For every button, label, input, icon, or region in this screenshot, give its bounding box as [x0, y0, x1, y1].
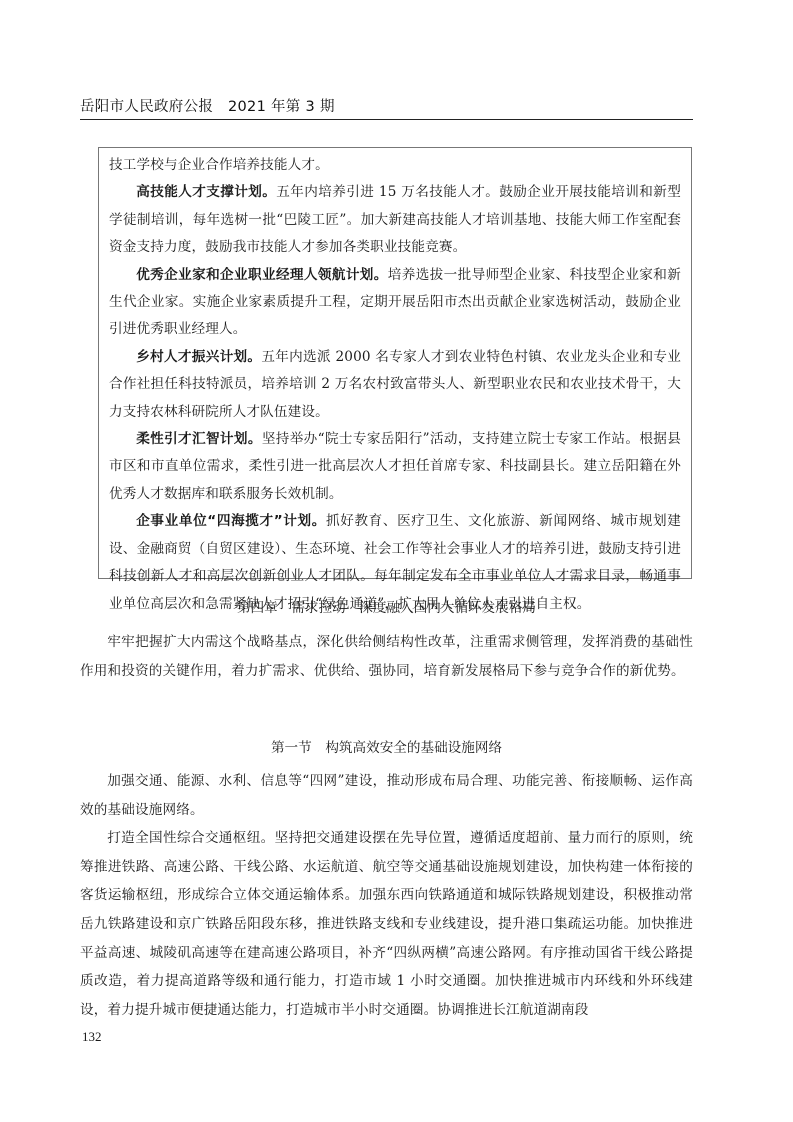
chapter-intro-paragraph: 牢牢把握扩大内需这个战略基点，深化供给侧结构性改革，注重需求侧管理，发挥消费的基…: [80, 628, 693, 685]
plan-title: 优秀企业家和企业职业经理人领航计划。: [136, 267, 388, 283]
chapter-heading: 第四章 需求拉动 深度融入国内大循环发展格局: [80, 597, 693, 619]
publication-title: 岳阳市人民政府公报 2021 年第 3 期: [80, 99, 335, 115]
plan-title: 高技能人才支撑计划。: [136, 184, 276, 200]
page-number: 132: [82, 1029, 102, 1045]
plan-item: 高技能人才支撑计划。五年内培养引进 15 万名技能人才。鼓励企业开展技能培训和新…: [109, 179, 681, 261]
plan-title: 乡村人才振兴计划。: [136, 349, 261, 365]
section-heading: 第一节 构筑高效安全的基础设施网络: [80, 737, 693, 759]
chapter-intro-block: 牢牢把握扩大内需这个战略基点，深化供给侧结构性改革，注重需求侧管理，发挥消费的基…: [80, 628, 693, 685]
plan-title: 企事业单位“四海揽才”计划。: [136, 513, 326, 529]
page-header: 岳阳市人民政府公报 2021 年第 3 期: [80, 96, 693, 120]
plan-item: 优秀企业家和企业职业经理人领航计划。培养选拔一批导师型企业家、科技型企业家和新生…: [109, 262, 681, 344]
plan-title: 柔性引才汇智计划。: [136, 431, 262, 447]
box-lead-text: 技工学校与企业合作培养技能人才。: [109, 152, 681, 179]
talent-plans-box: 技工学校与企业合作培养技能人才。 高技能人才支撑计划。五年内培养引进 15 万名…: [98, 147, 692, 579]
plan-item: 柔性引才汇智计划。坚持举办“院士专家岳阳行”活动，支持建立院士专家工作站。根据县…: [109, 426, 681, 508]
section-body: 加强交通、能源、水利、信息等“四网”建设，推动形成布局合理、功能完善、衔接顺畅、…: [80, 767, 693, 1024]
plan-item: 乡村人才振兴计划。五年内选派 2000 名专家人才到农业特色村镇、农业龙头企业和…: [109, 344, 681, 426]
section-paragraph: 加强交通、能源、水利、信息等“四网”建设，推动形成布局合理、功能完善、衔接顺畅、…: [80, 767, 693, 824]
section-paragraph: 打造全国性综合交通枢纽。坚持把交通建设摆在先导位置，遵循适度超前、量力而行的原则…: [80, 824, 693, 1024]
